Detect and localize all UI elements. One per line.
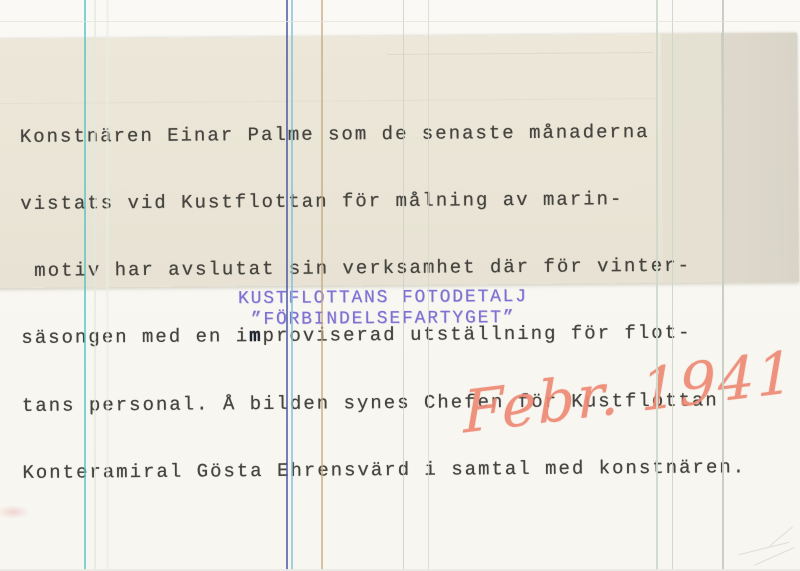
crease-line-tan	[321, 0, 323, 571]
crease-line-pale	[106, 0, 109, 571]
typed-line-4-pre: säsongen med en i	[21, 326, 249, 350]
typed-line-3: motiv har avslutat sin verksamhet där fö…	[21, 255, 745, 283]
typed-line-6: Konteramiral Gösta Ehrensvärd i samtal m…	[22, 456, 746, 484]
photo-detail-stamp: KUSTFLOTTANS FOTODETALJ ”FÖRBINDELSEFART…	[228, 287, 538, 330]
typed-line-2: vistats vid Kustflottan för målning av m…	[20, 187, 744, 215]
stamp-line-1: KUSTFLOTTANS FOTODETALJ	[228, 287, 538, 310]
photo-back-scan: Konstnären Einar Palme som de senaste må…	[0, 0, 800, 571]
crease-line-blue	[286, 0, 288, 571]
crease-line-cyan	[84, 0, 86, 571]
typed-line-1: Konstnären Einar Palme som de senaste må…	[20, 120, 744, 148]
crease-line-grey	[428, 0, 429, 571]
crease-line-green	[656, 0, 658, 571]
horizontal-crease	[0, 21, 800, 22]
crease-line-cyan	[291, 0, 293, 571]
crease-line-pale	[94, 0, 96, 571]
stamp-line-2: ”FÖRBINDELSEFARTYGET”	[228, 307, 538, 330]
crease-line-grey	[722, 0, 724, 571]
crease-line-grey	[403, 0, 404, 571]
crease-line-green	[672, 0, 673, 571]
caption-strip: Konstnären Einar Palme som de senaste må…	[0, 33, 799, 288]
